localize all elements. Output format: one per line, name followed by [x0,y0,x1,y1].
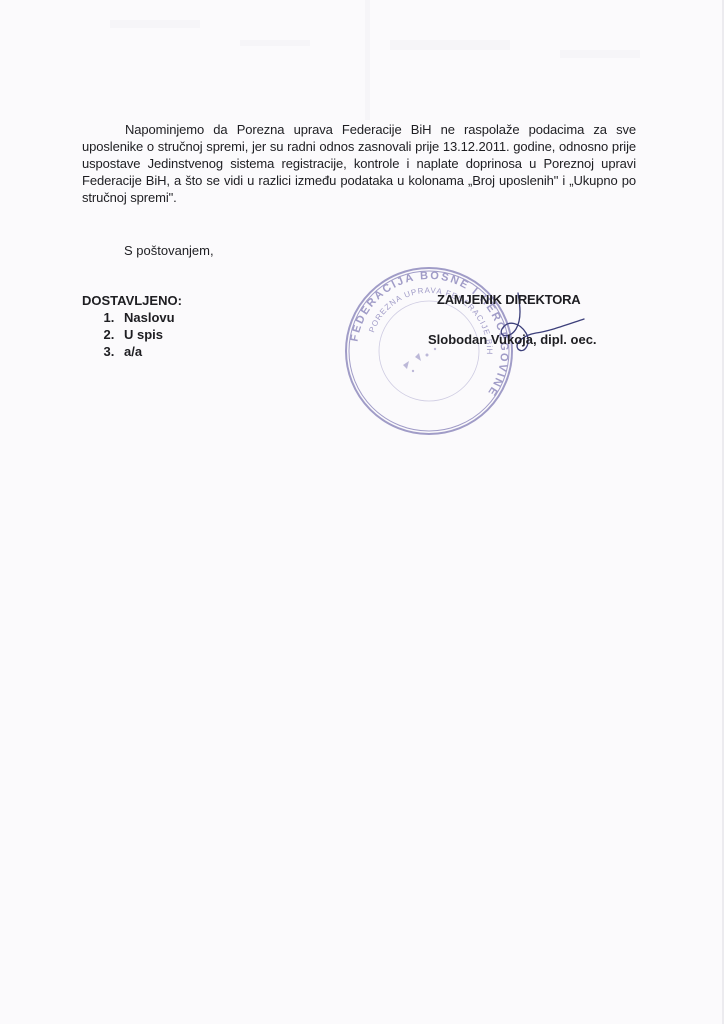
signatory-name: Slobodan Vukoja, dipl. oec. [428,332,597,347]
body-paragraph: Napominjemo da Porezna uprava Federacije… [82,121,636,206]
bleed-through-mark [365,0,370,120]
delivery-item: a/a [118,343,182,360]
delivery-item: Naslovu [118,309,182,326]
salutation: S poštovanjem, [124,243,214,258]
delivery-title: DOSTAVLJENO: [82,292,182,309]
bleed-through-mark [110,20,200,28]
signatory-title: ZAMJENIK DIREKTORA [437,292,581,307]
delivery-list: DOSTAVLJENO: Naslovu U spis a/a [82,292,182,360]
bleed-through-mark [240,40,310,46]
document-page: Napominjemo da Porezna uprava Federacije… [0,0,724,1024]
bleed-through-mark [560,50,640,58]
bleed-through-mark [390,40,510,50]
delivery-item: U spis [118,326,182,343]
